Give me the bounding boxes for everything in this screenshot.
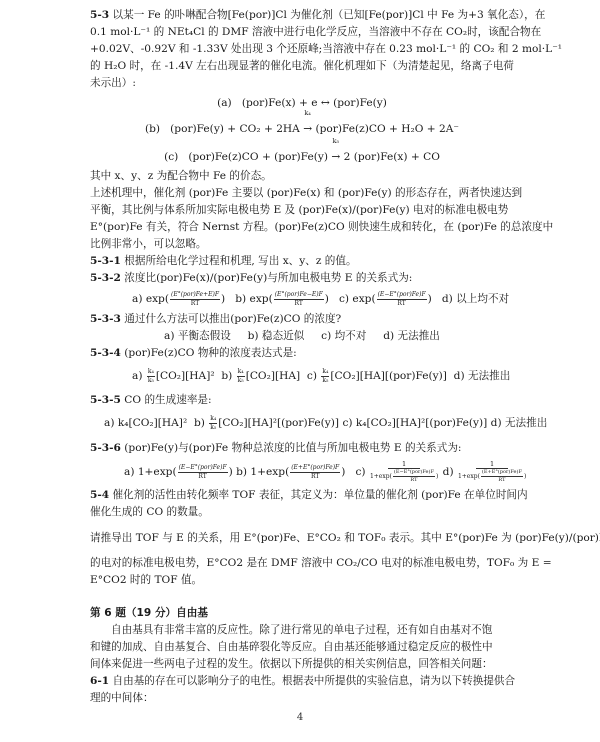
problem-6-intro-line-3: 间体来促进一些两电子过程的发生。依据以下所提供的相关实例信息，回答相关问题： <box>90 656 514 673</box>
question-6-1-line-2: 理的中间体： <box>90 690 514 707</box>
options-5-3-2: a) exp((E°(por)Fe+E)FRT) b) exp((E°(por)… <box>90 287 514 311</box>
option-a: a) exp((E°(por)Fe+E)FRT) <box>132 293 225 305</box>
option-text: ) <box>428 293 432 305</box>
fraction: (E−E°(por)Fe)FRT <box>377 292 427 307</box>
numerator: 1 <box>388 461 420 470</box>
denominator: k₅ <box>148 377 154 384</box>
option-c: c) k₄k₅[CO₂][HA][(por)Fe(y)] <box>307 370 447 382</box>
option-a: a) k₄[CO₂][HA]² <box>104 417 187 429</box>
fraction: (E−E°(por)Fe)FRT <box>178 465 228 480</box>
problem-5-3-line-1: 5-3 以某一 Fe 的卟啉配合物[Fe(por)]Cl 为催化剂（已知[Fe(… <box>90 7 514 24</box>
question-text: 通过什么方法可以推出(por)Fe(z)CO 的浓度? <box>124 313 341 325</box>
numerator: (E−E°(por)Fe)F <box>393 470 435 477</box>
rate-constant: k₅ <box>333 137 340 145</box>
numerator: (E+E°(por)Fe)F <box>481 470 523 477</box>
numerator: k₄ <box>209 416 217 424</box>
derive-line-3: E°CO2 时的 TOF 值。 <box>90 572 514 589</box>
equation-tag: (b) <box>145 123 160 135</box>
numerator: (E°(por)Fe+E)F <box>170 292 220 300</box>
problem-label: 5-3 <box>90 9 109 21</box>
equation-a: (a) (por)Fe(x) + e ↔ (por)Fe(y) <box>90 92 514 114</box>
option-d: d) 无法推出 <box>454 370 511 382</box>
rate-arrow: k₄→ <box>303 118 312 140</box>
equation-tag: (c) <box>164 151 178 163</box>
denominator: RT <box>191 300 199 307</box>
option-text: ) <box>229 466 233 478</box>
option-c: c) exp((E−E°(por)Fe)FRT) <box>339 293 432 305</box>
mechanism-line-4: 比例非常小，可以忽略。 <box>90 236 514 253</box>
option-text: ) <box>341 466 345 478</box>
options-5-3-5: a) k₄[CO₂][HA]² b) k₄k₅[CO₂][HA]²[(por)F… <box>90 409 514 437</box>
paragraph-text: 以某一 Fe 的卟啉配合物[Fe(por)]Cl 为催化剂（已知[Fe(por)… <box>113 9 546 21</box>
denominator: k₅ <box>238 377 244 384</box>
option-c: c) 均不对 <box>321 330 366 342</box>
mechanism-line-3: E°(por)Fe 有关，符合 Nernst 方程。(por)Fe(z)CO 则… <box>90 219 514 236</box>
rate-constant: k₄ <box>304 109 311 117</box>
denominator: 1+exp((E+E°(por)Fe)FRT) <box>458 469 526 483</box>
question-5-3-2: 5-3-2 浓度比(por)Fe(x)/(por)Fe(y)与所加电极电势 E … <box>90 270 514 287</box>
option-text: b) <box>221 370 232 382</box>
right-arrow-icon: → <box>303 123 312 135</box>
question-text: 自由基的存在可以影响分子的电性。根据表中所提供的实验信息，请为以下转换提供合 <box>113 675 516 687</box>
option-b: b) k₄k₅[CO₂][HA]²[(por)Fe(y)] <box>194 417 339 429</box>
mechanism-line-2: 平衡，其比例与体系所加实际电极电势 E 及 (por)Fe(x)/(por)Fe… <box>90 202 514 219</box>
option-text: ) <box>524 473 526 480</box>
question-label: 6-1 <box>90 675 109 687</box>
option-text: a) 1+exp( <box>124 466 177 478</box>
problem-5-3-line-4: 的 H₂O 时，在 -1.4V 左右出现显著的催化电流。催化机理如下（为清楚起见… <box>90 58 514 75</box>
fraction: k₄k₅ <box>321 369 329 384</box>
option-text: [CO₂][HA]²[(por)Fe(y)] <box>218 417 339 429</box>
option-text: c) <box>307 370 317 382</box>
denominator: 1+exp((E−E°(por)Fe)FRT) <box>370 469 438 483</box>
option-text: [CO₂][HA] <box>246 370 300 382</box>
numerator: 1 <box>476 461 508 470</box>
option-b: b) k₄k₅[CO₂][HA] <box>221 370 300 382</box>
option-text: 1+exp( <box>370 473 392 480</box>
fraction: 11+exp((E+E°(por)Fe)FRT) <box>458 461 526 484</box>
denominator: RT <box>410 477 417 483</box>
problem-6-intro-line-1: 自由基具有非常丰富的反应性。除了进行常见的单电子过程，还有如自由基对不饱 <box>90 622 514 639</box>
option-text: b) 1+exp( <box>236 466 289 478</box>
option-b: b) 稳态近似 <box>248 330 305 342</box>
option-text: b) exp( <box>235 293 272 305</box>
question-5-4-line-2: 催化生成的 CO 的数量。 <box>90 504 514 521</box>
option-text: ) <box>436 473 438 480</box>
numerator: (E−E°(por)Fe)F <box>178 465 228 473</box>
denominator: RT <box>498 477 505 483</box>
question-text: (por)Fe(z)CO 物种的浓度表达式是: <box>124 347 296 359</box>
denominator: RT <box>295 300 303 307</box>
denominator: RT <box>397 300 405 307</box>
equilibrium-arrow-icon: ↔ <box>321 97 330 109</box>
option-text: ) <box>221 293 225 305</box>
option-text: c) exp( <box>339 293 376 305</box>
question-6-1-line-1: 6-1 自由基的存在可以影响分子的电性。根据表中所提供的实验信息，请为以下转换提… <box>90 673 514 690</box>
option-text: [CO₂][HA][(por)Fe(y)] <box>330 370 447 382</box>
equation-rhs: (por)Fe(z)CO + H₂O + 2A⁻ <box>315 123 459 135</box>
problem-5-3-line-2: 0.1 mol·L⁻¹ 的 NEt₄Cl 的 DMF 溶液中进行电化学反应，当溶… <box>90 24 514 41</box>
mechanism-line-1: 上述机理中，催化剂 (por)Fe 主要以 (por)Fe(x) 和 (por)… <box>90 185 514 202</box>
derive-line-1: 请推导出 TOF 与 E 的关系，用 E°(por)Fe、E°CO₂ 和 TOF… <box>90 527 514 549</box>
fraction: (E+E°(por)Fe)FRT <box>481 470 523 483</box>
option-text: d) <box>443 466 454 478</box>
denominator: RT <box>198 473 206 480</box>
equation-rhs: (por)Fe(y) <box>333 97 387 109</box>
problem-5-3-line-3: +0.02V、-0.92V 和 -1.33V 处出现 3 个还原峰;当溶液中存在… <box>90 41 514 58</box>
equation-tag: (a) <box>217 97 232 109</box>
equation-lhs: (por)Fe(z)CO + (por)Fe(y) <box>188 151 328 163</box>
option-a: a) 平衡态假设 <box>164 330 231 342</box>
question-5-3-4: 5-3-4 (por)Fe(z)CO 物种的浓度表达式是: <box>90 345 514 362</box>
question-5-3-6: 5-3-6 (por)Fe(y)与(por)Fe 物种总浓度的比值与所加电极电势… <box>90 440 514 457</box>
options-5-3-4: a) k₄k₅[CO₂][HA]² b) k₄k₅[CO₂][HA] c) k₄… <box>90 362 514 390</box>
numerator: (E−E°(por)Fe)F <box>377 292 427 300</box>
question-text: 根据所给电化学过程和机理, 写出 x、y、z 的值。 <box>124 255 356 267</box>
problem-6-intro-line-2: 和键的加成、自由基复合、自由基碎裂化等反应。自由基还能够通过稳定反应的极性中 <box>90 639 514 656</box>
option-text: [CO₂][HA]² <box>156 370 215 382</box>
fraction: k₄k₅ <box>237 369 245 384</box>
numerator: k₄ <box>321 369 329 377</box>
document-page: 5-3 以某一 Fe 的卟啉配合物[Fe(por)]Cl 为催化剂（已知[Fe(… <box>90 7 514 707</box>
fraction: (E−E°(por)Fe)FRT <box>393 470 435 483</box>
option-c: c) 11+exp((E−E°(por)Fe)FRT) <box>355 466 442 478</box>
numerator: k₄ <box>147 369 155 377</box>
fraction: k₄k₅ <box>147 369 155 384</box>
question-text: CO 的生成速率是: <box>124 394 211 406</box>
option-text: 1+exp( <box>458 473 480 480</box>
question-text: 浓度比(por)Fe(x)/(por)Fe(y)与所加电极电势 E 的关系式为: <box>124 272 412 284</box>
equation-lhs: (por)Fe(y) + CO₂ + 2HA <box>170 123 300 135</box>
options-5-3-3: a) 平衡态假设 b) 稳态近似 c) 均不对 d) 无法推出 <box>90 328 514 345</box>
option-b: b) exp((E°(por)Fe−E)FRT) <box>235 293 329 305</box>
question-5-4-line-1: 5-4 催化剂的活性由转化频率 TOF 表征，其定义为：单位量的催化剂 (por… <box>90 487 514 504</box>
question-label: 5-3-4 <box>90 347 121 359</box>
option-b: b) 1+exp((E+E°(por)Fe)FRT) <box>236 466 345 478</box>
option-text: c) <box>355 466 365 478</box>
equation-b: (b) (por)Fe(y) + CO₂ + 2HA k₄→ (por)Fe(z… <box>90 118 514 140</box>
question-label: 5-4 <box>90 489 109 501</box>
numerator: (E+E°(por)Fe)F <box>290 465 340 473</box>
question-label: 5-3-1 <box>90 255 121 267</box>
option-d: d) 无法推出 <box>383 330 440 342</box>
fraction: (E°(por)Fe−E)FRT <box>274 292 324 307</box>
equation-rhs: 2 (por)Fe(x) + CO <box>344 151 440 163</box>
option-c: c) k₄[CO₂][HA]²[(por)Fe(y)] <box>342 417 487 429</box>
denominator: RT <box>311 473 319 480</box>
denominator: k₅ <box>210 424 216 431</box>
option-text: a) <box>132 370 142 382</box>
question-label: 5-3-6 <box>90 442 121 454</box>
derive-line-2: 的电对的标准电极电势，E°CO2 是在 DMF 溶液中 CO₂/CO 电对的标准… <box>90 555 514 572</box>
question-5-3-1: 5-3-1 根据所给电化学过程和机理, 写出 x、y、z 的值。 <box>90 253 514 270</box>
option-a: a) k₄k₅[CO₂][HA]² <box>132 370 215 382</box>
valence-note: 其中 x、y、z 为配合物中 Fe 的价态。 <box>90 168 514 185</box>
fraction: (E°(por)Fe+E)FRT <box>170 292 220 307</box>
option-d: d) 11+exp((E+E°(por)Fe)FRT) <box>443 466 528 478</box>
option-d: d) 以上均不对 <box>442 293 509 305</box>
denominator: k₅ <box>322 377 328 384</box>
question-label: 5-3-5 <box>90 394 121 406</box>
option-text: a) exp( <box>132 293 169 305</box>
question-5-3-5: 5-3-5 CO 的生成速率是: <box>90 392 514 409</box>
option-a: a) 1+exp((E−E°(por)Fe)FRT) <box>124 466 233 478</box>
page-number: 4 <box>0 712 600 723</box>
equation-c: (c) (por)Fe(z)CO + (por)Fe(y) k₅→ 2 (por… <box>90 146 514 168</box>
numerator: (E°(por)Fe−E)F <box>274 292 324 300</box>
options-5-3-6: a) 1+exp((E−E°(por)Fe)FRT) b) 1+exp((E+E… <box>90 457 514 487</box>
question-label: 5-3-3 <box>90 313 121 325</box>
option-text: b) <box>194 417 205 429</box>
fraction: 11+exp((E−E°(por)Fe)FRT) <box>370 461 438 484</box>
question-text: (por)Fe(y)与(por)Fe 物种总浓度的比值与所加电极电势 E 的关系… <box>124 442 461 454</box>
problem-5-3-line-5: 未示出）: <box>90 75 514 92</box>
option-text: ) <box>325 293 329 305</box>
fraction: k₄k₅ <box>209 416 217 431</box>
numerator: k₄ <box>237 369 245 377</box>
equation-lhs: (por)Fe(x) + e <box>242 97 318 109</box>
question-label: 5-3-2 <box>90 272 121 284</box>
question-5-3-3: 5-3-3 通过什么方法可以推出(por)Fe(z)CO 的浓度? <box>90 311 514 328</box>
problem-6-heading: 第 6 题（19 分）自由基 <box>90 605 514 622</box>
right-arrow-icon: → <box>331 151 340 163</box>
option-d: d) 无法推出 <box>491 417 548 429</box>
rate-arrow: k₅→ <box>331 146 340 168</box>
fraction: (E+E°(por)Fe)FRT <box>290 465 340 480</box>
question-text: 催化剂的活性由转化频率 TOF 表征，其定义为：单位量的催化剂 (por)Fe … <box>113 489 528 501</box>
